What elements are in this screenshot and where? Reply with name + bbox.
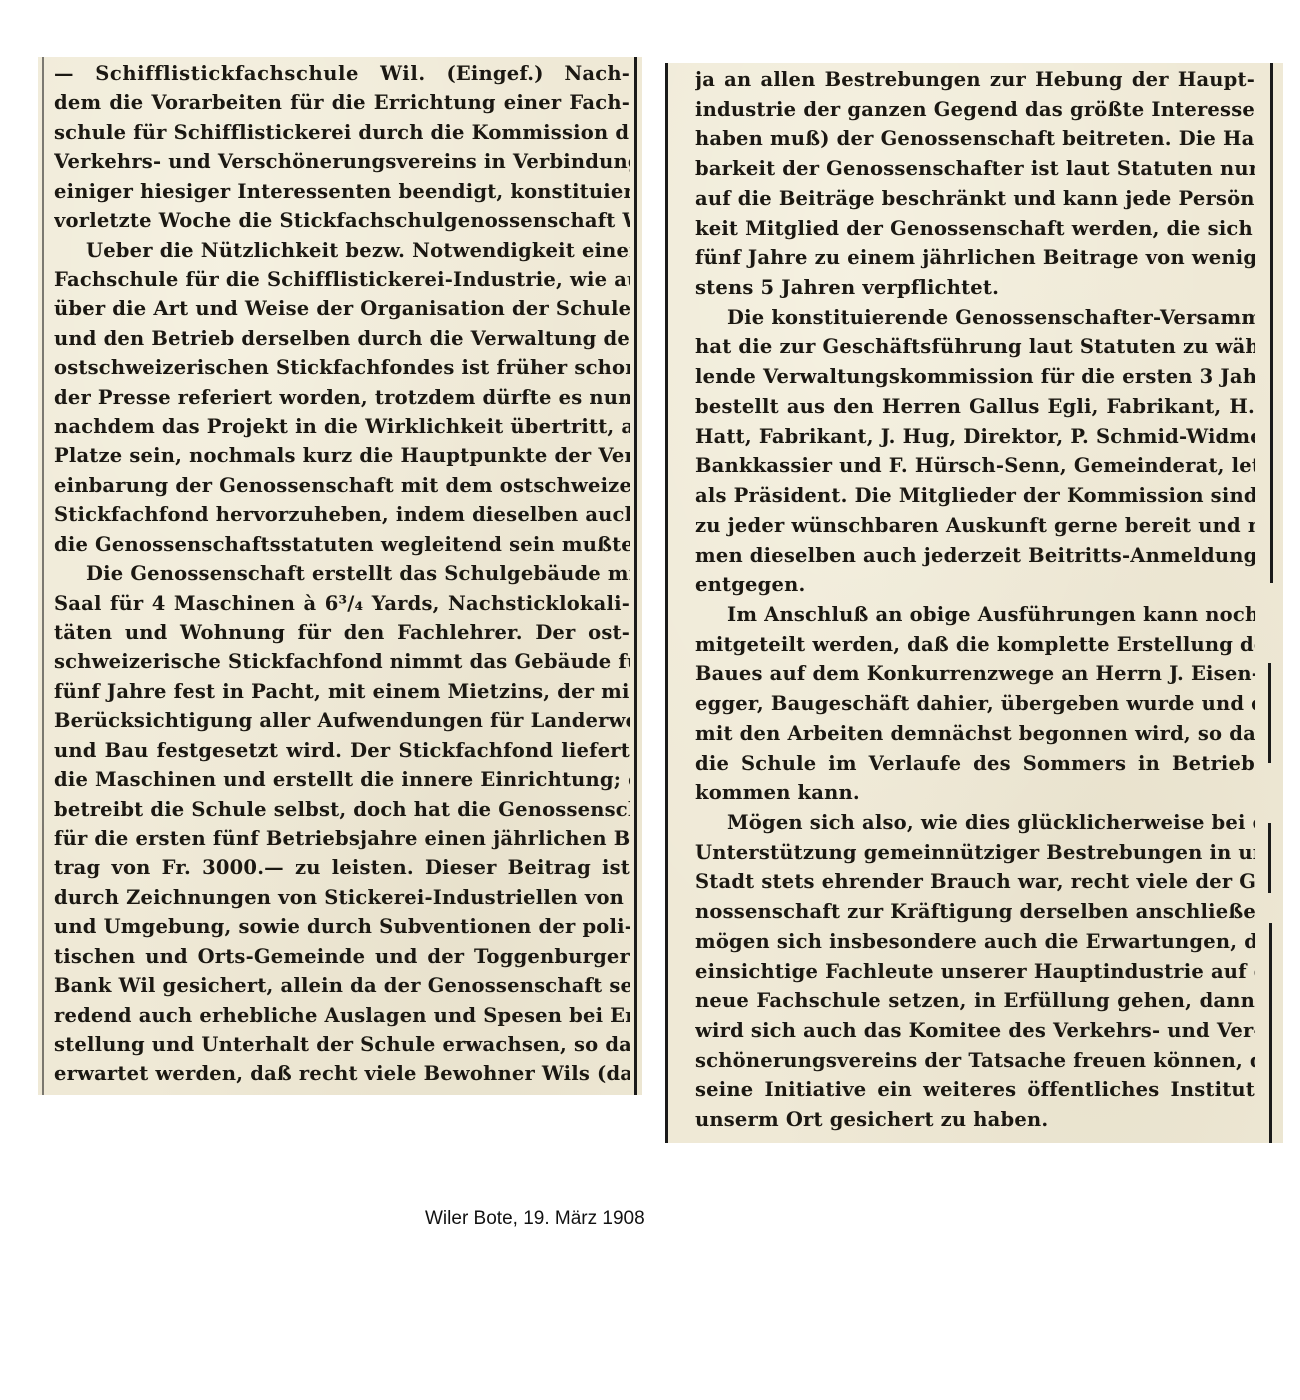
article-line: Im Anschluß an obige Ausführungen kann n… [695, 600, 1255, 630]
article-line: durch Zeichnungen von Stickerei-Industri… [54, 883, 630, 912]
article-line: als Präsident. Die Mitglieder der Kommis… [695, 481, 1255, 511]
article-line: Bank Wil gesichert, allein da der Genoss… [54, 971, 630, 1000]
article-line: Platze sein, nochmals kurz die Hauptpunk… [54, 441, 630, 470]
article-line: Berücksichtigung aller Aufwendungen für … [54, 706, 630, 735]
article-line: zu jeder wünschbaren Auskunft gerne bere… [695, 511, 1255, 541]
article-line: fünf Jahre zu einem jährlichen Beitrage … [695, 243, 1255, 273]
article-line: über die Art und Weise der Organisation … [54, 294, 630, 323]
article-line: seine Initiative ein weiteres öffentlich… [695, 1075, 1255, 1105]
article-line: Mögen sich also, wie dies glücklicherwei… [695, 808, 1255, 838]
article-line: täten und Wohnung für den Fachlehrer. De… [54, 618, 630, 647]
article-line: fünf Jahre fest in Pacht, mit einem Miet… [54, 677, 630, 706]
article-column-right: ja an allen Bestrebungen zur Hebung der … [695, 65, 1255, 1135]
article-line: und den Betrieb derselben durch die Verw… [54, 324, 630, 353]
article-line: für die ersten fünf Betriebsjahre einen … [54, 824, 630, 853]
article-line: einsichtige Fachleute unserer Hauptindus… [695, 957, 1255, 987]
article-line: Die Genossenschaft erstellt das Schulgeb… [54, 559, 630, 588]
article-line: men dieselben auch jederzeit Beitritts-A… [695, 541, 1255, 571]
article-line: — Schifflistickfachschule Wil. (Eingef.)… [54, 59, 630, 88]
article-line: nossenschaft zur Kräftigung derselben an… [695, 897, 1255, 927]
article-line: Stadt stets ehrender Brauch war, recht v… [695, 867, 1255, 897]
column-rule-right [1269, 923, 1272, 1143]
article-line: Unterstützung gemeinnütziger Bestrebunge… [695, 838, 1255, 868]
column-rule-right [634, 57, 637, 1095]
article-line: Hatt, Fabrikant, J. Hug, Direktor, P. Sc… [695, 422, 1255, 452]
article-line: stellung und Unterhalt der Schule erwach… [54, 1030, 630, 1059]
article-line: einbarung der Genossenschaft mit dem ost… [54, 471, 630, 500]
newspaper-clipping-left: — Schifflistickfachschule Wil. (Eingef.)… [38, 57, 642, 1095]
article-line: stens 5 Jahren verpflichtet. [695, 273, 1255, 303]
article-line: redend auch erhebliche Auslagen und Spes… [54, 1001, 630, 1030]
article-line: neue Fachschule setzen, in Erfüllung geh… [695, 986, 1255, 1016]
column-rule-right [1270, 63, 1273, 583]
article-line: und Bau festgesetzt wird. Der Stickfachf… [54, 736, 630, 765]
article-line: dem die Vorarbeiten für die Errichtung e… [54, 88, 630, 117]
article-line: betreibt die Schule selbst, doch hat die… [54, 795, 630, 824]
article-line: lende Verwaltungskommission für die erst… [695, 362, 1255, 392]
article-line: vorletzte Woche die Stickfachschulgenoss… [54, 206, 630, 235]
article-line: hat die zur Geschäftsführung laut Statut… [695, 332, 1255, 362]
article-column-left: — Schifflistickfachschule Wil. (Eingef.)… [54, 59, 630, 1089]
article-line: entgegen. [695, 570, 1255, 600]
article-line: Die konstituierende Genossenschafter-Ver… [695, 303, 1255, 333]
column-rule-right [1268, 663, 1271, 763]
article-line: auf die Beiträge beschränkt und kann jed… [695, 184, 1255, 214]
article-line: Verkehrs- und Verschönerungsvereins in V… [54, 147, 630, 176]
newspaper-clipping-right: ja an allen Bestrebungen zur Hebung der … [665, 63, 1283, 1143]
column-rule-left [665, 63, 668, 1143]
article-line: nachdem das Projekt in die Wirklichkeit … [54, 412, 630, 441]
article-line: kommen kann. [695, 778, 1255, 808]
article-line: schweizerische Stickfachfond nimmt das G… [54, 647, 630, 676]
article-line: trag von Fr. 3000.— zu leisten. Dieser B… [54, 853, 630, 882]
article-line: schönerungsvereins der Tatsache freuen k… [695, 1046, 1255, 1076]
article-line: mit den Arbeiten demnächst begonnen wird… [695, 719, 1255, 749]
article-line: Stickfachfond hervorzuheben, indem diese… [54, 500, 630, 529]
article-line: wird sich auch das Komitee des Verkehrs-… [695, 1016, 1255, 1046]
article-headline: — Schifflistickfachschule Wil. [54, 62, 426, 85]
article-line: bestellt aus den Herren Gallus Egli, Fab… [695, 392, 1255, 422]
article-line: mögen sich insbesondere auch die Erwartu… [695, 927, 1255, 957]
article-line: einiger hiesiger Interessenten beendigt,… [54, 177, 630, 206]
article-line: haben muß) der Genossenschaft beitreten.… [695, 124, 1255, 154]
article-line: erwartet werden, daß recht viele Bewohne… [54, 1059, 630, 1088]
column-rule-right [1268, 823, 1271, 893]
article-line: Ueber die Nützlichkeit bezw. Notwendigke… [54, 236, 630, 265]
article-line: die Genossenschaftsstatuten wegleitend s… [54, 530, 630, 559]
source-caption: Wiler Bote, 19. März 1908 [425, 1208, 645, 1230]
article-line: schule für Schifflistickerei durch die K… [54, 118, 630, 147]
article-line: keit Mitglied der Genossenschaft werden,… [695, 214, 1255, 244]
article-line: und Umgebung, sowie durch Subventionen d… [54, 912, 630, 941]
article-line: Bankkassier und F. Hürsch-Senn, Gemeinde… [695, 451, 1255, 481]
article-line: barkeit der Genossenschafter ist laut St… [695, 154, 1255, 184]
article-line: industrie der ganzen Gegend das größte I… [695, 95, 1255, 125]
article-line: egger, Baugeschäft dahier, übergeben wur… [695, 689, 1255, 719]
article-line: ostschweizerischen Stickfachfondes ist f… [54, 353, 630, 382]
article-line: ja an allen Bestrebungen zur Hebung der … [695, 65, 1255, 95]
article-line: mitgeteilt werden, daß die komplette Ers… [695, 630, 1255, 660]
article-line: Fachschule für die Schifflistickerei-Ind… [54, 265, 630, 294]
article-line: die Schule im Verlaufe des Sommers in Be… [695, 749, 1255, 779]
article-line: die Maschinen und erstellt die innere Ei… [54, 765, 630, 794]
article-line: unserm Ort gesichert zu haben. [695, 1105, 1255, 1135]
article-line: Saal für 4 Maschinen à 6³/₄ Yards, Nachs… [54, 589, 630, 618]
article-line: tischen und Orts-Gemeinde und der Toggen… [54, 942, 630, 971]
article-line: Baues auf dem Konkurrenzwege an Herrn J.… [695, 659, 1255, 689]
column-rule-left [42, 57, 44, 1095]
article-line: der Presse referiert worden, trotzdem dü… [54, 383, 630, 412]
